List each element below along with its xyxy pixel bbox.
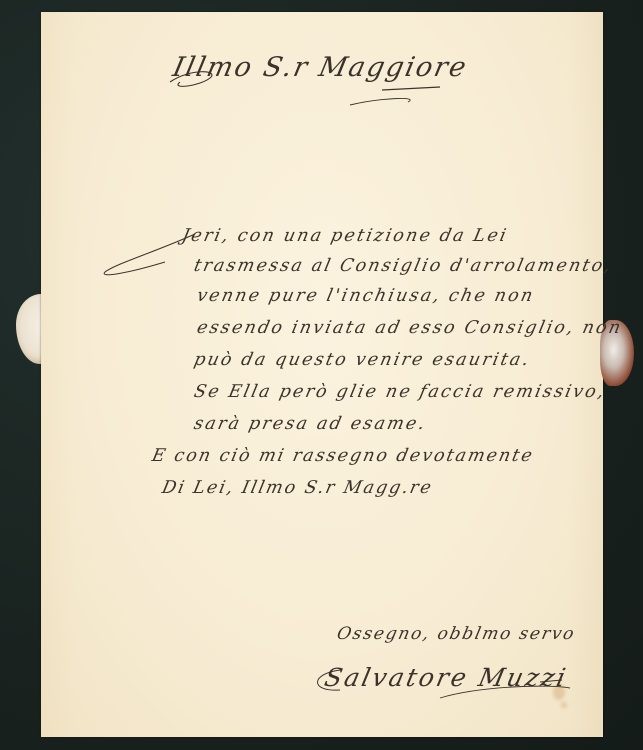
body-line-3: venne pure l'inchiusa, che non	[195, 286, 537, 306]
body-line-5: può da questo venire esaurita.	[192, 350, 532, 370]
body-line-7: sarà presa ad esame.	[192, 414, 428, 434]
body-line-2: trasmessa al Consiglio d'arrolamento,	[192, 256, 614, 276]
closing-line-1: E con ciò mi rassegno devotamente	[150, 446, 536, 466]
body-line-1: Jeri, con una petizione da Lei	[180, 226, 510, 246]
signature: Salvatore Muzzi	[322, 663, 571, 692]
salutation: Illmo S.r Maggiore	[170, 52, 471, 83]
closing-line-2: Di Lei, Illmo S.r Magg.re	[160, 478, 435, 498]
paper-stain	[561, 702, 567, 708]
body-line-4: essendo inviata ad esso Consiglio, non	[195, 318, 624, 338]
body-line-6: Se Ella però glie ne faccia remissivo,	[192, 382, 608, 402]
sign-off: Ossegno, obblmo servo	[335, 624, 577, 644]
